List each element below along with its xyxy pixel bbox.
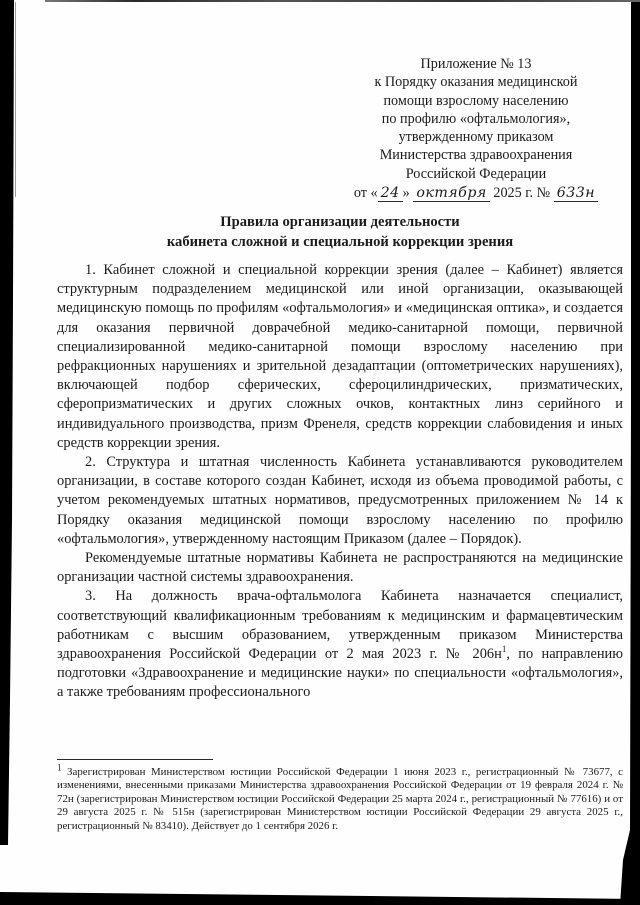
document-body: 1. Кабинет сложной и специальной коррекц… [57,261,623,703]
scan-edge-bottom [0,888,640,905]
order-date-line: от «24» октября 2025 г. № 633н [332,184,620,202]
scan-edge-top [45,0,640,2]
footnote-text: Зарегистрирован Министерством юстиции Ро… [57,766,623,832]
appendix-header-line: утвержденному приказом [332,128,620,146]
handwritten-order-number: 633н [554,185,598,202]
paragraph-2-note: Рекомендуемые штатные нормативы Кабинета… [57,549,623,587]
document-title-line2: кабинета сложной и специальной коррекции… [57,232,623,252]
paragraph-3: 3. На должность врача-офтальмолога Кабин… [57,587,623,702]
handwritten-month: октября [413,185,490,202]
date-prefix: от « [354,185,378,201]
appendix-header: Приложение № 13 к Порядку оказания медиц… [332,55,620,202]
appendix-header-line: к Порядку оказания медицинской [332,73,620,91]
date-mid: 2025 г. № [490,185,554,201]
paragraph-2: 2. Структура и штатная численность Кабин… [57,453,623,549]
footnote: 1 Зарегистрирован Министерством юстиции … [57,766,623,833]
scan-fold-line [15,2,16,197]
footnote-separator [57,759,213,760]
appendix-header-line: по профилю «офтальмология», [332,110,620,128]
document-title-line1: Правила организации деятельности [57,212,623,232]
scanned-document-page: Приложение № 13 к Порядку оказания медиц… [0,0,640,905]
document-title: Правила организации деятельности кабинет… [57,212,623,252]
appendix-header-line: помощи взрослому населению [332,92,620,110]
paragraph-1: 1. Кабинет сложной и специальной коррекц… [57,261,623,453]
date-mid: » [403,185,414,201]
scan-edge-left [0,0,16,905]
scan-edge-right [620,0,640,905]
appendix-header-line: Приложение № 13 [332,55,620,73]
appendix-header-line: Российской Федерации [332,165,620,183]
handwritten-day: 24 [378,185,403,202]
appendix-header-line: Министерства здравоохранения [332,146,620,164]
